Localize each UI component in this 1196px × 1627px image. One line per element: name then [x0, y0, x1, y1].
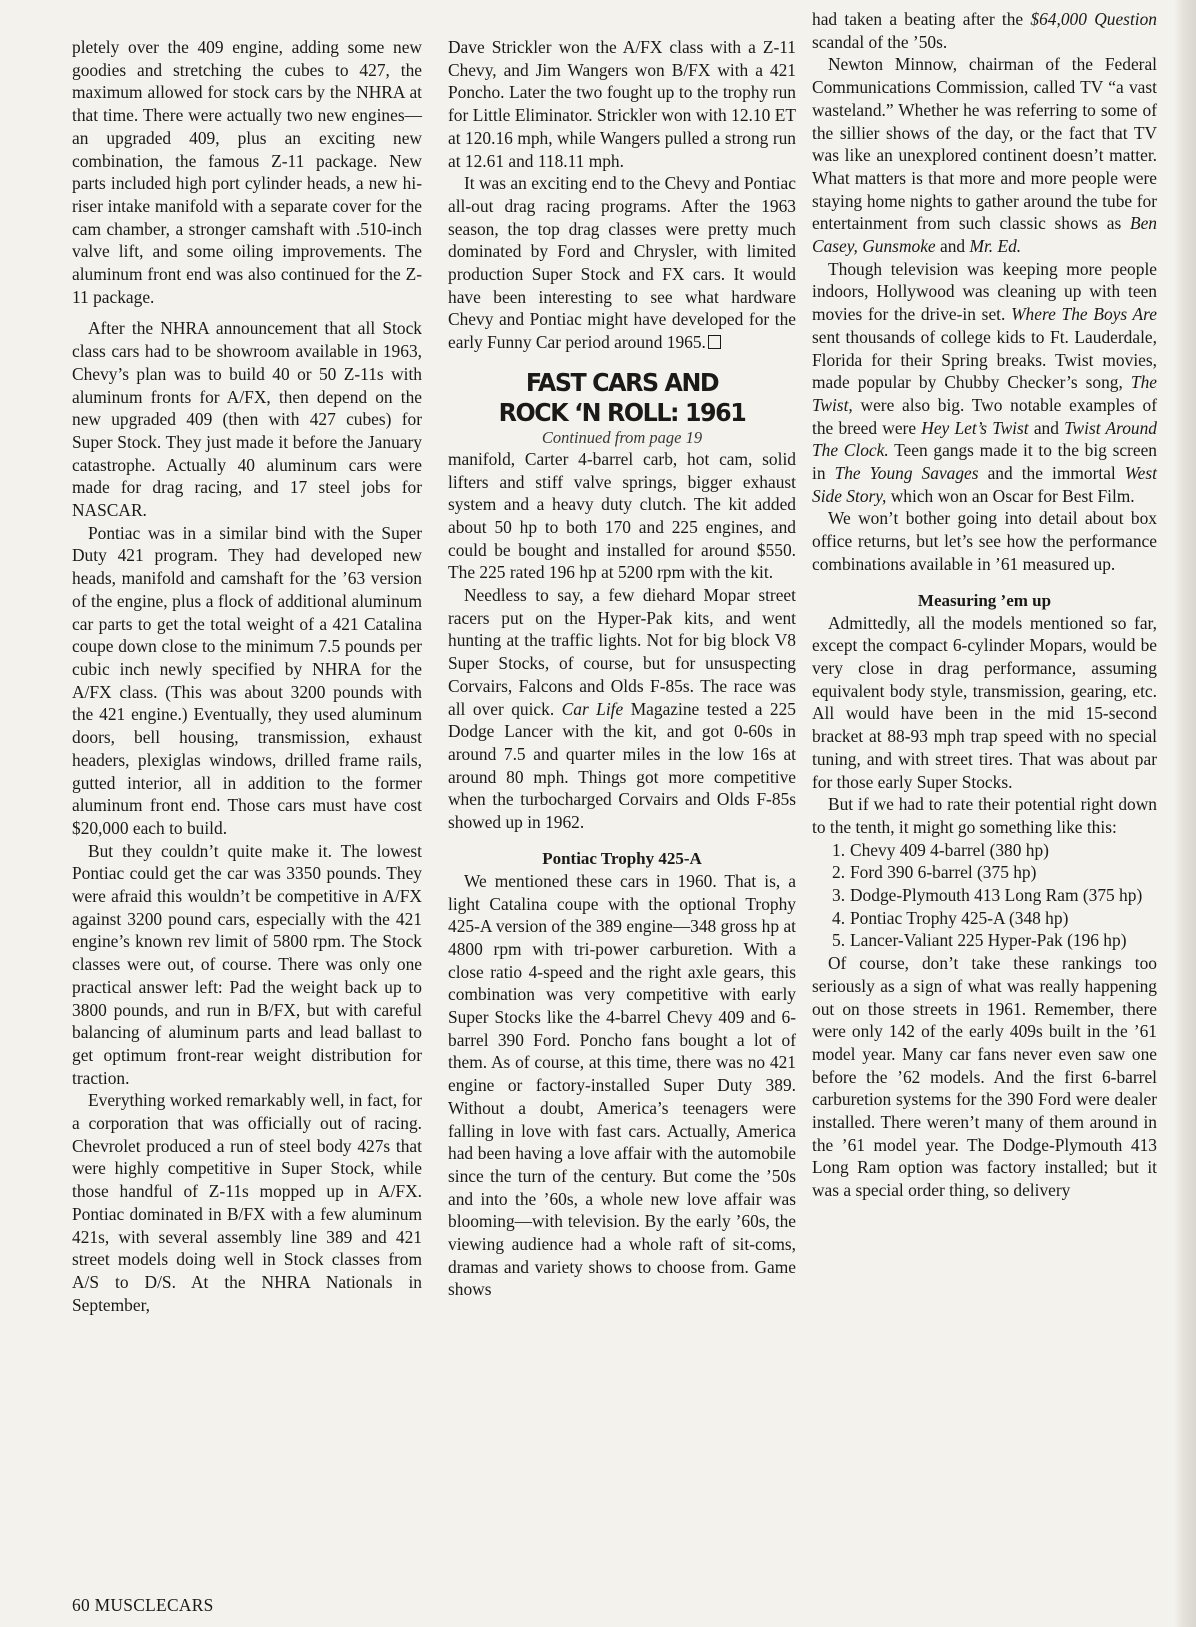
movie-title: Hey Let’s Twist: [921, 418, 1028, 438]
paragraph-text: and the immortal: [979, 463, 1125, 483]
end-of-article-box-icon: [708, 335, 721, 349]
paragraph: But they couldn’t quite make it. The low…: [72, 840, 422, 1090]
magazine-title: Car Life: [562, 699, 624, 719]
subhead-measuring: Measuring ’em up: [812, 590, 1157, 612]
ranking-number: 2.: [832, 861, 850, 884]
ranking-number: 3.: [832, 884, 850, 907]
column-2: Dave Strickler won the A/FX class with a…: [448, 36, 796, 1301]
ranking-number: 5.: [832, 929, 850, 952]
ranking-text: Pontiac Trophy 425-A (348 hp): [850, 907, 1157, 930]
paragraph-text: and: [936, 236, 970, 256]
paragraph: manifold, Carter 4-barrel carb, hot cam,…: [448, 448, 796, 584]
show-title: $64,000 Question: [1030, 9, 1157, 29]
paragraph: pletely over the 409 engine, adding some…: [72, 36, 422, 308]
column-3: had taken a beating after the $64,000 Qu…: [812, 8, 1157, 1202]
ranking-item: 4.Pontiac Trophy 425-A (348 hp): [832, 907, 1157, 930]
ranking-item: 5.Lancer-Valiant 225 Hyper-Pak (196 hp): [832, 929, 1157, 952]
paragraph: We mentioned these cars in 1960. That is…: [448, 870, 796, 1301]
paragraph: Needless to say, a few diehard Mopar str…: [448, 584, 796, 834]
continued-from-note: Continued from page 19: [448, 428, 796, 448]
movie-title: Where The Boys Are: [1011, 304, 1157, 324]
paragraph-text: which won an Oscar for Best Film.: [886, 486, 1134, 506]
ranking-text: Chevy 409 4-barrel (380 hp): [850, 839, 1157, 862]
article-headline: FAST CARS AND ROCK ‘N ROLL: 1961: [457, 368, 788, 428]
rankings-list: 1.Chevy 409 4-barrel (380 hp) 2.Ford 390…: [812, 839, 1157, 953]
ranking-item: 1.Chevy 409 4-barrel (380 hp): [832, 839, 1157, 862]
paragraph-text: Newton Minnow, chairman of the Federal C…: [812, 54, 1157, 233]
paragraph: Admittedly, all the models mentioned so …: [812, 612, 1157, 794]
ranking-text: Ford 390 6-barrel (375 hp): [850, 861, 1157, 884]
paragraph: But if we had to rate their potential ri…: [812, 793, 1157, 838]
page-folio: 60 MUSCLECARS: [72, 1594, 214, 1616]
paragraph: Newton Minnow, chairman of the Federal C…: [812, 53, 1157, 257]
paragraph-text: sent thousands of college kids to Ft. La…: [812, 327, 1157, 392]
page-binding-edge: [1174, 0, 1196, 1627]
headline-line-1: FAST CARS AND: [457, 368, 788, 398]
paragraph: had taken a beating after the $64,000 Qu…: [812, 8, 1157, 53]
paragraph: Dave Strickler won the A/FX class with a…: [448, 36, 796, 172]
ranking-item: 3.Dodge-Plymouth 413 Long Ram (375 hp): [832, 884, 1157, 907]
paragraph: Though television was keeping more peopl…: [812, 258, 1157, 508]
paragraph: It was an exciting end to the Chevy and …: [448, 172, 796, 354]
paragraph-text: had taken a beating after the: [812, 9, 1030, 29]
ranking-number: 1.: [832, 839, 850, 862]
ranking-number: 4.: [832, 907, 850, 930]
column-1: pletely over the 409 engine, adding some…: [72, 36, 422, 1316]
paragraph-text: and: [1029, 418, 1065, 438]
ranking-text: Lancer-Valiant 225 Hyper-Pak (196 hp): [850, 929, 1157, 952]
show-title: Mr. Ed.: [969, 236, 1021, 256]
subhead-pontiac-trophy: Pontiac Trophy 425-A: [448, 848, 796, 870]
ranking-text: Dodge-Plymouth 413 Long Ram (375 hp): [850, 884, 1157, 907]
movie-title: The Young Savages: [835, 463, 979, 483]
paragraph: Of course, don’t take these rankings too…: [812, 952, 1157, 1202]
paragraph: We won’t bother going into detail about …: [812, 507, 1157, 575]
ranking-item: 2.Ford 390 6-barrel (375 hp): [832, 861, 1157, 884]
paragraph-text: scandal of the ’50s.: [812, 32, 947, 52]
paragraph: Pontiac was in a similar bind with the S…: [72, 522, 422, 840]
headline-line-2: ROCK ‘N ROLL: 1961: [457, 398, 788, 428]
paragraph: Everything worked remarkably well, in fa…: [72, 1089, 422, 1316]
paragraph: After the NHRA announcement that all Sto…: [72, 317, 422, 521]
paragraph-text: It was an exciting end to the Chevy and …: [448, 173, 796, 352]
